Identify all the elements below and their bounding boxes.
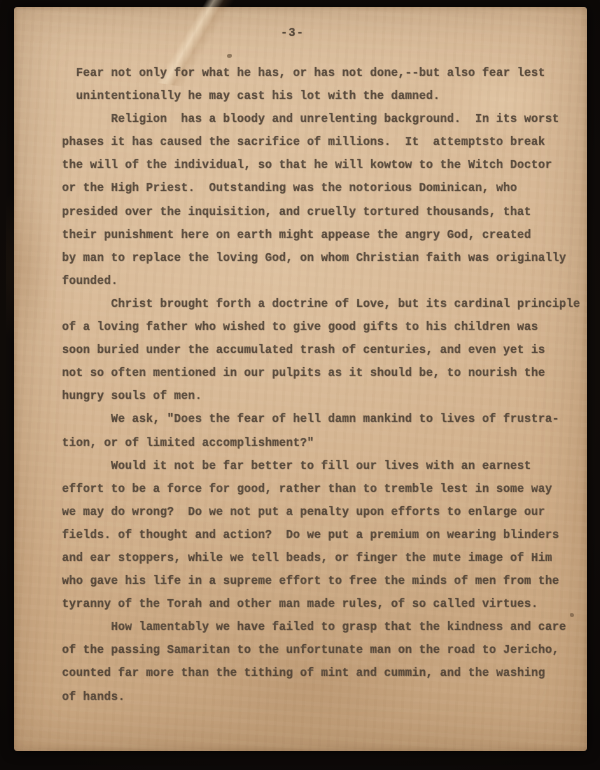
paper-sheet: -3- Fear not only for what he has, or ha… — [14, 7, 587, 751]
typewritten-line: and ear stoppers, while we tell beads, o… — [62, 547, 592, 570]
typewritten-line: effort to be a force for good, rather th… — [62, 478, 592, 501]
page-number: -3- — [14, 27, 571, 40]
typewritten-line: Religion has a bloody and unrelenting ba… — [62, 108, 592, 131]
typewritten-line: unintentionally he may cast his lot with… — [62, 85, 592, 108]
typewritten-line: or the High Priest. Outstanding was the … — [62, 177, 592, 200]
typewritten-line: the will of the individual, so that he w… — [62, 154, 592, 177]
typewritten-line: of the passing Samaritan to the unfortun… — [62, 639, 592, 662]
typewritten-text-block: Fear not only for what he has, or has no… — [62, 62, 592, 709]
typewritten-line: We ask, "Does the fear of hell damn mank… — [62, 408, 592, 431]
typewritten-line: Would it not be far better to fill our l… — [62, 455, 592, 478]
typewritten-line: of a loving father who wished to give go… — [62, 316, 592, 339]
typewritten-line: soon buried under the accumulated trash … — [62, 339, 592, 362]
typewritten-line: Fear not only for what he has, or has no… — [62, 62, 592, 85]
typewritten-line: founded. — [62, 270, 592, 293]
typewritten-line: counted far more than the tithing of min… — [62, 662, 592, 685]
typewritten-line: fields. of thought and action? Do we put… — [62, 524, 592, 547]
typewritten-line: tion, or of limited accomplishment?" — [62, 432, 592, 455]
typewritten-line: Christ brought forth a doctrine of Love,… — [62, 293, 592, 316]
typewritten-line: who gave his life in a supreme effort to… — [62, 570, 592, 593]
typewritten-line: phases it has caused the sacrifice of mi… — [62, 131, 592, 154]
typewritten-line: hungry souls of men. — [62, 385, 592, 408]
typewritten-line: presided over the inquisition, and cruel… — [62, 201, 592, 224]
typewritten-line: tyranny of the Torah and other man made … — [62, 593, 592, 616]
typewritten-line: not so often mentioned in our pulpits as… — [62, 362, 592, 385]
typewritten-line: we may do wrong? Do we not put a penalty… — [62, 501, 592, 524]
typewritten-line: How lamentably we have failed to grasp t… — [62, 616, 592, 639]
scan-background: -3- Fear not only for what he has, or ha… — [0, 0, 600, 770]
typewritten-line: their punishment here on earth might app… — [62, 224, 592, 247]
typewritten-line: of hands. — [62, 686, 592, 709]
typewritten-line: by man to replace the loving God, on who… — [62, 247, 592, 270]
ink-speck — [227, 54, 232, 58]
